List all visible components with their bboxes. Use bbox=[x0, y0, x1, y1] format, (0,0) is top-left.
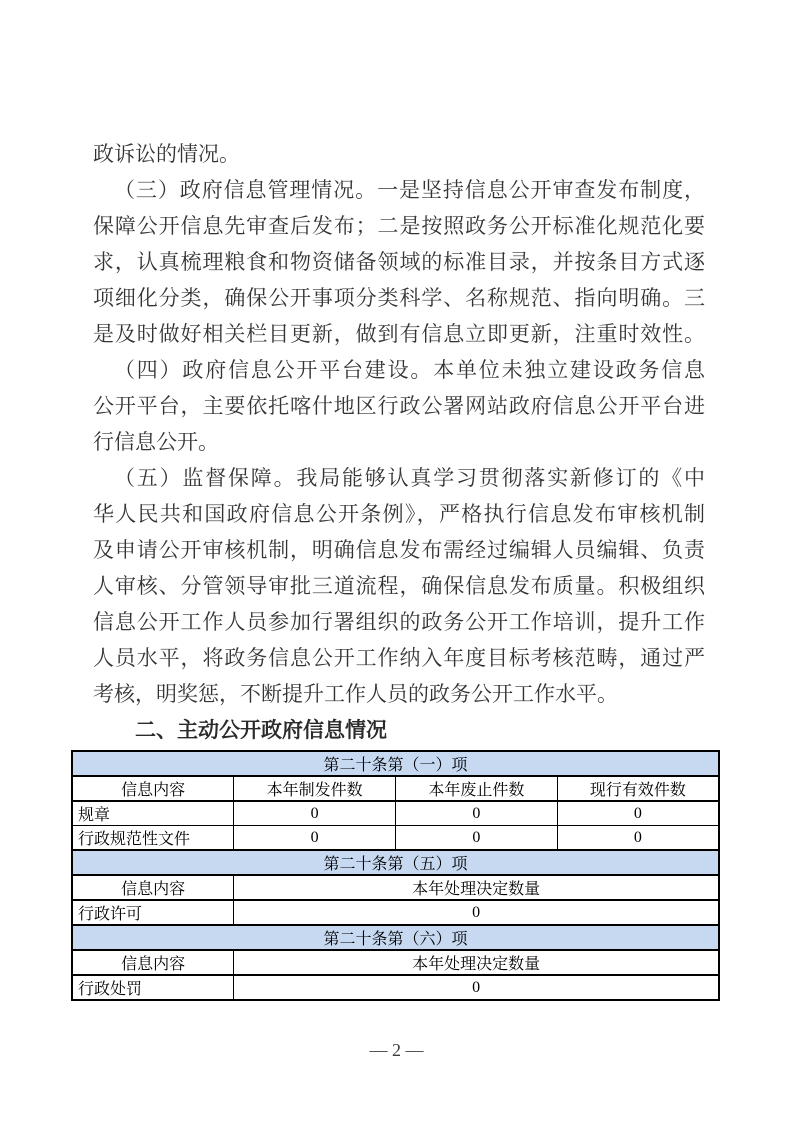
table-header-row: 信息内容 本年处理决定数量 bbox=[72, 875, 719, 900]
cell-value: 0 bbox=[234, 975, 719, 1000]
table-caption-row: 第二十条第（六）项 bbox=[72, 925, 719, 950]
column-header: 现行有效件数 bbox=[557, 776, 719, 801]
table-caption-row: 第二十条第（一）项 bbox=[72, 751, 719, 776]
table-header-row: 信息内容 本年处理决定数量 bbox=[72, 950, 719, 975]
paragraph-line: 公开平台，主要依托喀什地区行政公署网站政府信息公开平台进 bbox=[93, 389, 705, 425]
column-header: 信息内容 bbox=[72, 875, 234, 900]
paragraph-line: 信息公开工作人员参加行署组织的政务公开工作培训，提升工作 bbox=[93, 605, 705, 641]
paragraph-line: （四）政府信息公开平台建设。本单位未独立建设政务信息 bbox=[93, 353, 705, 389]
section-heading: 二、主动公开政府信息情况 bbox=[93, 713, 705, 749]
row-label: 行政许可 bbox=[72, 900, 234, 925]
cell-value: 0 bbox=[557, 801, 719, 826]
column-header: 本年处理决定数量 bbox=[234, 875, 719, 900]
row-label: 行政处罚 bbox=[72, 975, 234, 1000]
paragraph-line: 行信息公开。 bbox=[93, 425, 705, 461]
page-number: — 2 — bbox=[0, 1040, 793, 1061]
cell-value: 0 bbox=[234, 801, 396, 826]
cell-value: 0 bbox=[234, 900, 719, 925]
paragraph-line: 保障公开信息先审查后发布；二是按照政务公开标准化规范化要 bbox=[93, 209, 705, 245]
table-caption: 第二十条第（五）项 bbox=[72, 850, 719, 875]
paragraph-line: 人员水平，将政务信息公开工作纳入年度目标考核范畴，通过严 bbox=[93, 641, 705, 677]
paragraph-line: 及申请公开审核机制，明确信息发布需经过编辑人员编辑、负责 bbox=[93, 533, 705, 569]
table-caption: 第二十条第（一）项 bbox=[72, 751, 719, 776]
table-row: 行政许可 0 bbox=[72, 900, 719, 925]
column-header: 信息内容 bbox=[72, 950, 234, 975]
paragraph-line: 政诉讼的情况。 bbox=[93, 137, 705, 173]
paragraph-line: 人审核、分管领导审批三道流程，确保信息发布质量。积极组织 bbox=[93, 569, 705, 605]
column-header: 信息内容 bbox=[72, 776, 234, 801]
table-row: 行政处罚 0 bbox=[72, 975, 719, 1000]
document-page: 政诉讼的情况。 （三）政府信息管理情况。一是坚持信息公开审查发布制度， 保障公开… bbox=[0, 0, 793, 1122]
cell-value: 0 bbox=[557, 826, 719, 851]
column-header: 本年制发件数 bbox=[234, 776, 396, 801]
column-header: 本年处理决定数量 bbox=[234, 950, 719, 975]
paragraph-line: 考核，明奖惩，不断提升工作人员的政务公开工作水平。 bbox=[93, 677, 705, 713]
paragraph-line: 是及时做好相关栏目更新，做到有信息立即更新，注重时效性。 bbox=[93, 317, 705, 353]
document-body-text: 政诉讼的情况。 （三）政府信息管理情况。一是坚持信息公开审查发布制度， 保障公开… bbox=[93, 137, 705, 749]
cell-value: 0 bbox=[396, 826, 558, 851]
table-caption: 第二十条第（六）项 bbox=[72, 925, 719, 950]
paragraph-line: 华人民共和国政府信息公开条例》，严格执行信息发布审核机制 bbox=[93, 497, 705, 533]
cell-value: 0 bbox=[234, 826, 396, 851]
paragraph-line: 项细化分类，确保公开事项分类科学、名称规范、指向明确。三 bbox=[93, 281, 705, 317]
paragraph-line: （三）政府信息管理情况。一是坚持信息公开审查发布制度， bbox=[93, 173, 705, 209]
table-row: 行政规范性文件 0 0 0 bbox=[72, 826, 719, 851]
table-row: 规章 0 0 0 bbox=[72, 801, 719, 826]
paragraph-line: 求，认真梳理粮食和物资储备领域的标准目录，并按条目方式逐 bbox=[93, 245, 705, 281]
disclosure-table: 第二十条第（一）项 信息内容 本年制发件数 本年废止件数 现行有效件数 规章 0… bbox=[71, 750, 720, 1001]
column-header: 本年废止件数 bbox=[396, 776, 558, 801]
row-label: 规章 bbox=[72, 801, 234, 826]
paragraph-line: （五）监督保障。我局能够认真学习贯彻落实新修订的《中 bbox=[93, 461, 705, 497]
row-label: 行政规范性文件 bbox=[72, 826, 234, 851]
cell-value: 0 bbox=[396, 801, 558, 826]
table-header-row: 信息内容 本年制发件数 本年废止件数 现行有效件数 bbox=[72, 776, 719, 801]
table-caption-row: 第二十条第（五）项 bbox=[72, 850, 719, 875]
